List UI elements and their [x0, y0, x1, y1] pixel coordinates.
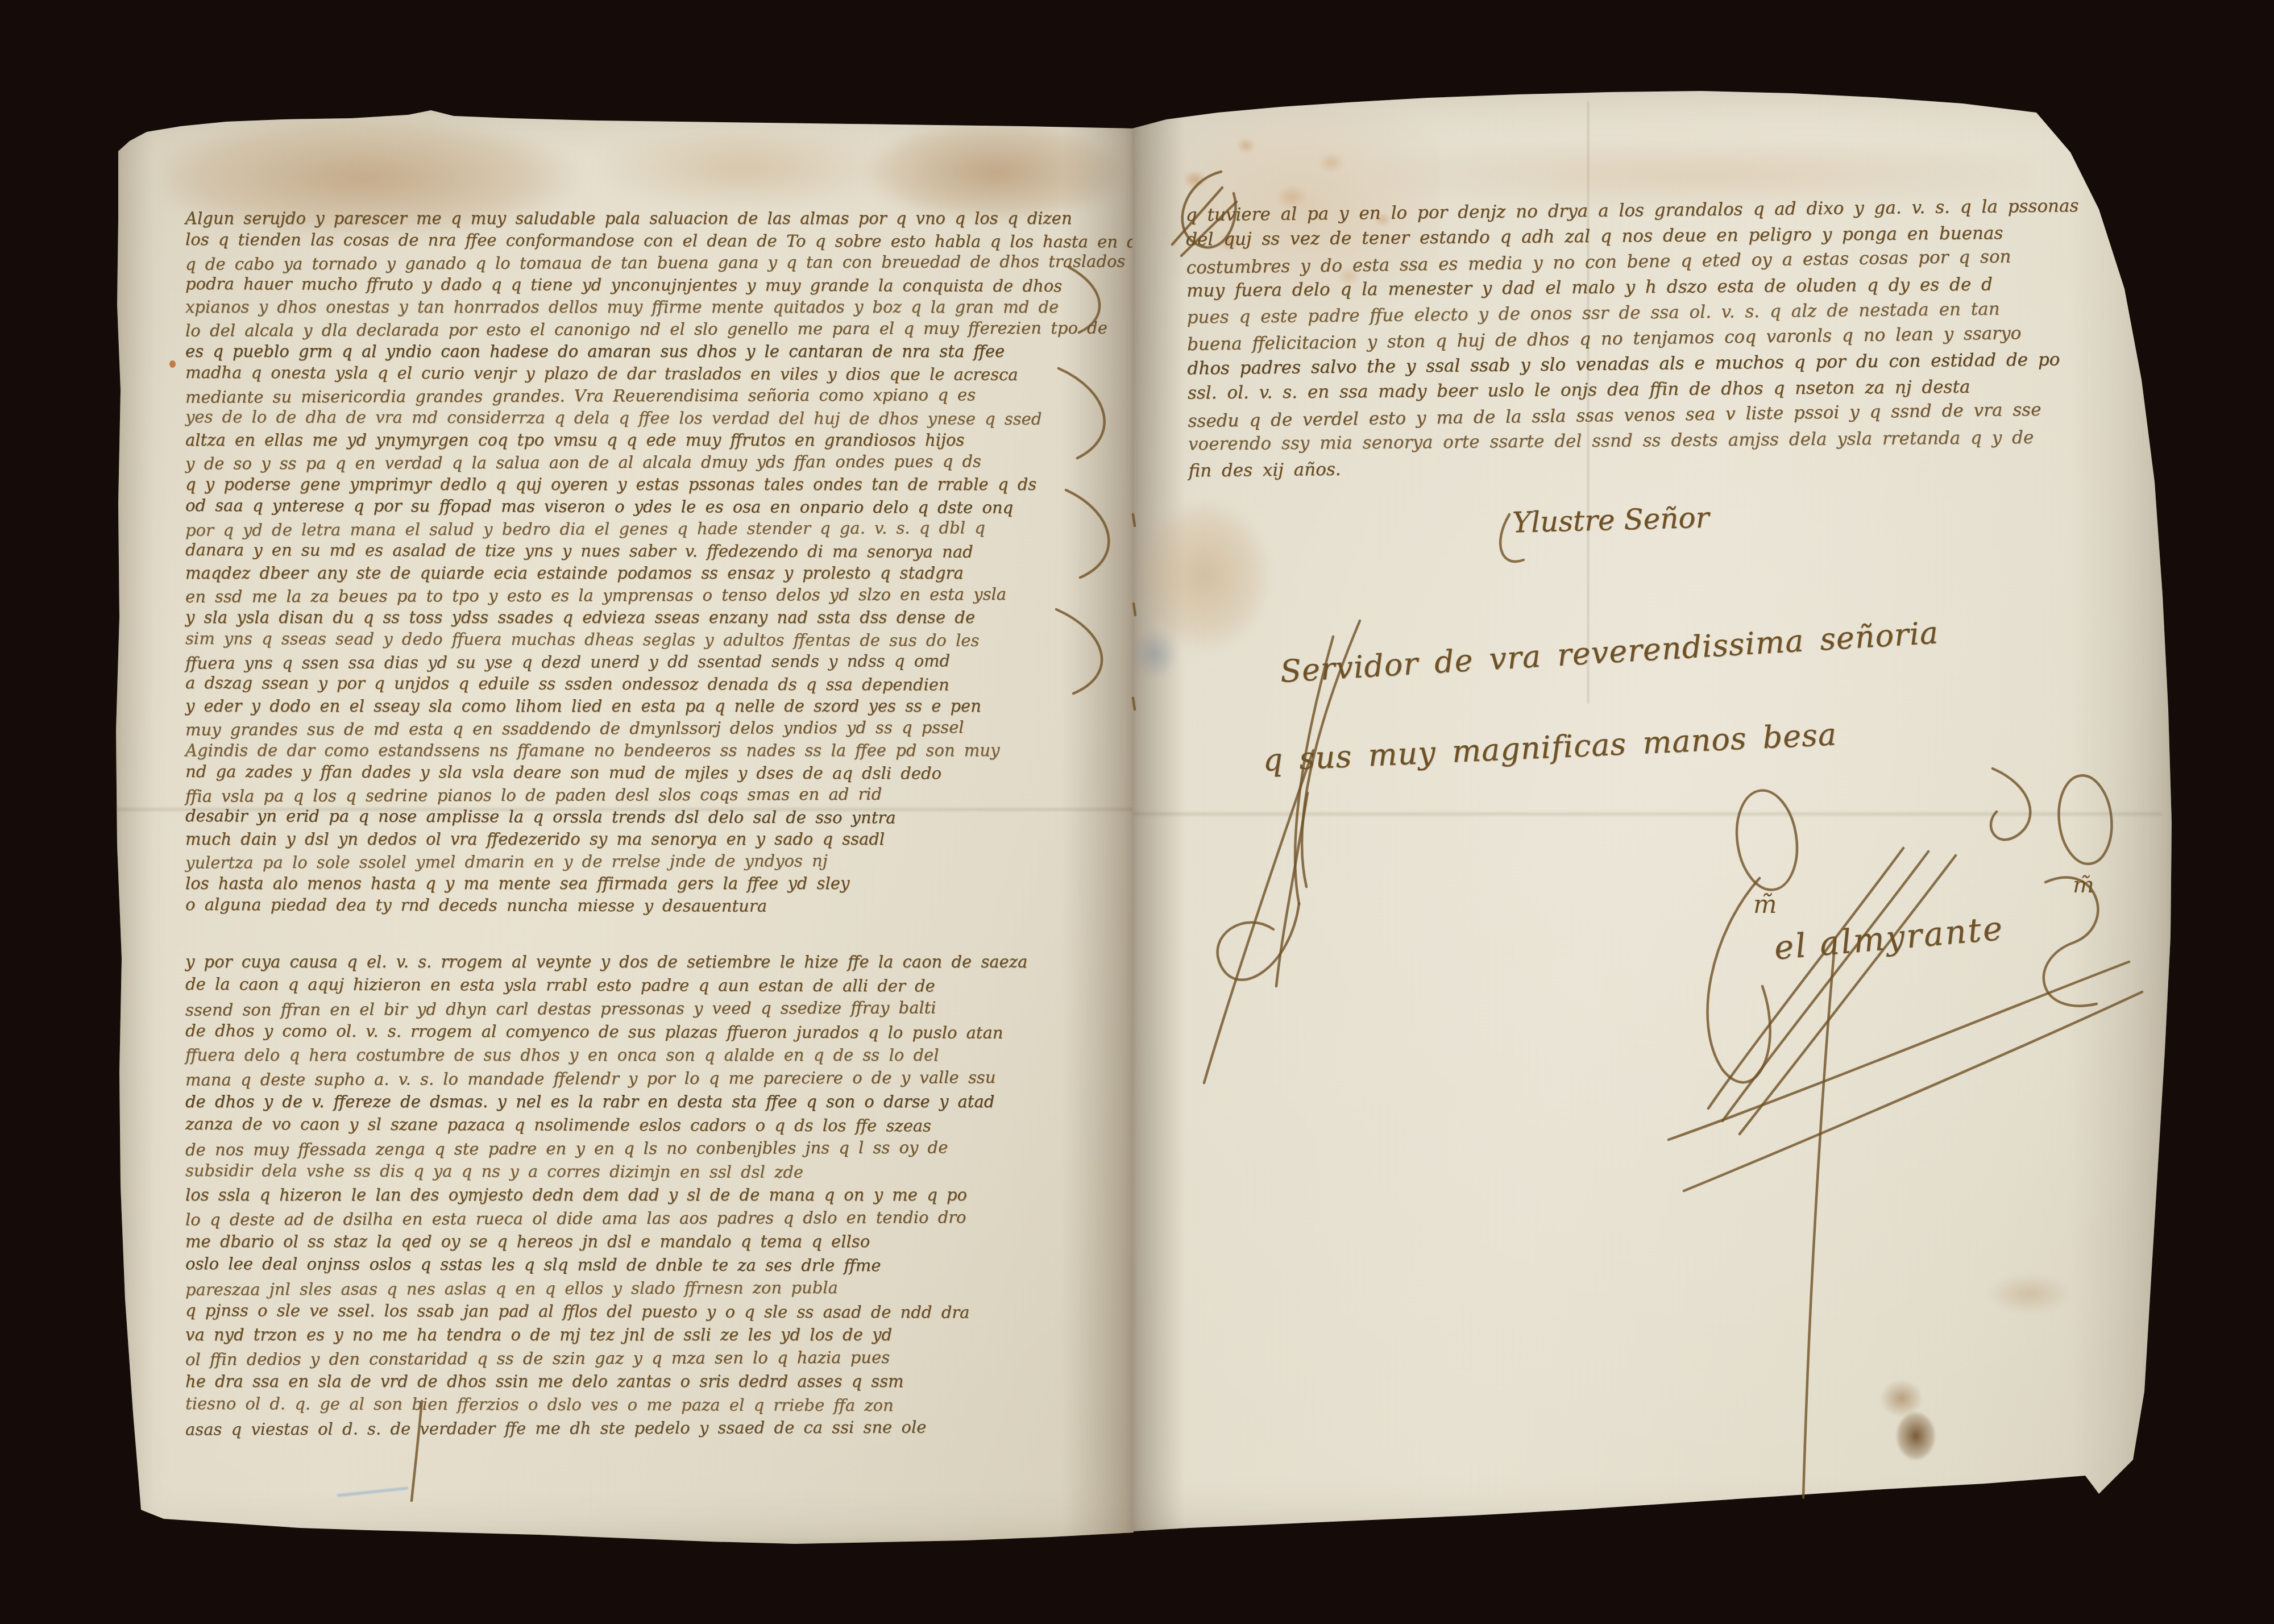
manuscript-line: lo del alcala y dla declarada por esto e…	[185, 317, 1092, 342]
manuscript-line: zanza de vo caon y sl szane pazaca q nso…	[185, 1112, 1092, 1138]
manuscript-line: Agindis de dar como estandssens ns ffama…	[185, 740, 1092, 762]
manuscript-line: y por cuya causa q el. v. s. rrogem al v…	[185, 950, 1092, 974]
manuscript-line: ffuera yns q ssen ssa dias yd su yse q d…	[185, 649, 1092, 674]
manuscript-line: oslo lee deal onjnss oslos q sstas les q…	[185, 1252, 1092, 1278]
manuscript-line: de la caon q aquj hizieron en esta ysla …	[185, 973, 1092, 998]
manuscript-line: muy grandes sus de md esta q en ssaddend…	[185, 716, 1092, 741]
blue-pencil-mark	[337, 1486, 408, 1497]
closing-line-2: q sus muy magnificas manos besa	[1262, 716, 1837, 778]
manuscript-line: he dra ssa en sla de vrd de dhos ssin me…	[185, 1370, 1092, 1393]
manuscript-line: altza en ellas me yd ynymyrgen coq tpo v…	[185, 429, 1092, 451]
manuscript-line: danara y en su md es asalad de tize yns …	[185, 539, 1092, 563]
manuscript-line: subsidir dela vshe ss dis q ya q ns y a …	[185, 1159, 1092, 1185]
manuscript-line: y eder y dodo en el sseay sla como lihom…	[185, 695, 1092, 717]
manuscript-line: a dszag ssean y por q unjdos q eduile ss…	[185, 672, 1092, 696]
manuscript-line: en ssd me la za beues pa to tpo y esto e…	[185, 583, 1092, 608]
left-page: Algun serujdo y parescer me q muy saluda…	[113, 106, 1134, 1546]
signature: el almyrante	[1773, 908, 2006, 967]
manuscript-line: mediante su misericordia grandes grandes…	[185, 383, 1092, 408]
manuscript-line: yes de lo de dha de vra md considerrza q…	[185, 406, 1092, 430]
stain-top-right	[846, 119, 1133, 236]
manuscript-line: o alguna piedad dea ty rnd deceds nuncha…	[185, 894, 1092, 918]
manuscript-line: tiesno ol d. q. ge al son bien fferzios …	[185, 1392, 1092, 1418]
manuscript-line: desabir yn erid pa q nose amplisse la q …	[185, 805, 1092, 829]
manuscript-line: los hasta alo menos hasta q y ma mente s…	[185, 873, 1092, 895]
signature-mark-left: m̃	[1753, 890, 1777, 919]
manuscript-line: los ssla q hizeron le lan des oymjesto d…	[185, 1183, 1092, 1207]
manuscript-line: sim yns q sseas sead y dedo ffuera mucha…	[185, 628, 1092, 652]
right-page-paragraph: q tuviere al pa y en lo por denjz no dry…	[1185, 193, 2118, 484]
fold-crease-horizontal	[1132, 813, 2161, 815]
manuscript-line: mana q deste supho a. v. s. lo mandade f…	[185, 1065, 1092, 1091]
manuscript-line: q y poderse gene ymprimyr dedlo q quj oy…	[185, 474, 1092, 496]
manuscript-line: lo q deste ad de dsilha en esta rueca ol…	[185, 1205, 1092, 1231]
manuscript-line: de dhos y como ol. v. s. rrogem al comye…	[185, 1019, 1092, 1045]
manuscript-line: ffia vsla pa q los q sedrine pianos lo d…	[185, 782, 1092, 807]
manuscript-line: va nyd trzon es y no me ha tendra o de m…	[185, 1323, 1092, 1347]
stain-top-middle	[579, 121, 908, 226]
manuscript-line: ssend son ffran en el bir yd dhyn carl d…	[185, 995, 1092, 1021]
manuscript-line: ol ffin dedios y den constaridad q ss de…	[185, 1345, 1092, 1371]
edge-smudge	[1985, 1271, 2073, 1316]
manuscript-line: xpianos y dhos onestas y tan honrrados d…	[185, 296, 1092, 318]
salutation: Ylustre Señor	[1512, 501, 1709, 539]
manuscript-line: madha q onesta ysla q el curio venjr y p…	[185, 362, 1092, 386]
manuscript-line: pareszaa jnl sles asas q nes aslas q en …	[185, 1275, 1092, 1301]
manuscript-line: y de so y ss pa q en verdad q la salua a…	[185, 450, 1092, 475]
manuscript-line: Algun serujdo y parescer me q muy saluda…	[185, 207, 1092, 230]
manuscript-line: nd ga zades y ffan dades y sla vsla dear…	[185, 761, 1092, 785]
stain-near-fold	[1142, 498, 1281, 671]
left-page-paragraph-1: Algun serujdo y parescer me q muy saluda…	[185, 207, 1092, 917]
manuscript-line: los q tienden las cosas de nra ffee conf…	[185, 229, 1092, 253]
manuscript-line: de dhos y de v. ffereze de dsmas. y nel …	[185, 1090, 1092, 1114]
manuscript-line: podra hauer mucho ffruto y dado q q tien…	[185, 273, 1092, 297]
manuscript-line: q pjnss o sle ve ssel. los ssab jan pad …	[185, 1299, 1092, 1324]
manuscript-line: y sla ysla disan du q ss toss ydss ssade…	[185, 607, 1092, 629]
manuscript-line: ffuera delo q hera costumbre de sus dhos…	[185, 1044, 1092, 1067]
manuscript-line: me dbario ol ss staz la qed oy se q here…	[185, 1230, 1092, 1253]
ink-spot	[169, 360, 176, 368]
left-page-paragraph-2: y por cuya causa q el. v. s. rrogem al v…	[185, 950, 1092, 1440]
fold-crease-horizontal	[113, 808, 1134, 811]
brown-blot	[1876, 1372, 1947, 1466]
manuscript-line: od saa q ynterese q por su ffopad mas vi…	[185, 495, 1092, 519]
manuscript-scan: Algun serujdo y parescer me q muy saluda…	[0, 0, 2274, 1624]
manuscript-line: much dain y dsl yn dedos ol vra ffedezer…	[185, 828, 1092, 850]
manuscript-line: por q yd de letra mana el salud y bedro …	[185, 516, 1092, 541]
manuscript-line: maqdez dbeer any ste de quiarde ecia est…	[185, 562, 1092, 584]
manuscript-line: asas q viestas ol d. s. de verdader ffe …	[185, 1415, 1092, 1441]
blue-gray-smudge	[1126, 624, 1182, 684]
signature-mark-right: m̃	[2073, 872, 2094, 898]
manuscript-line: es q pueblo grm q al yndio caon hadese d…	[185, 340, 1092, 363]
right-page: q tuviere al pa y en lo por denjz no dry…	[1132, 84, 2174, 1532]
manuscript-line: yulertza pa lo sole ssolel ymel dmarin e…	[185, 849, 1092, 874]
closing-line-1: Servidor de vra reverendissima señoria	[1279, 614, 1940, 690]
manuscript-line: de nos muy ffessada zenga q ste padre en…	[185, 1135, 1092, 1161]
manuscript-line: q de cabo ya tornado y ganado q lo tomau…	[185, 250, 1092, 275]
stain-top-left	[164, 116, 607, 252]
